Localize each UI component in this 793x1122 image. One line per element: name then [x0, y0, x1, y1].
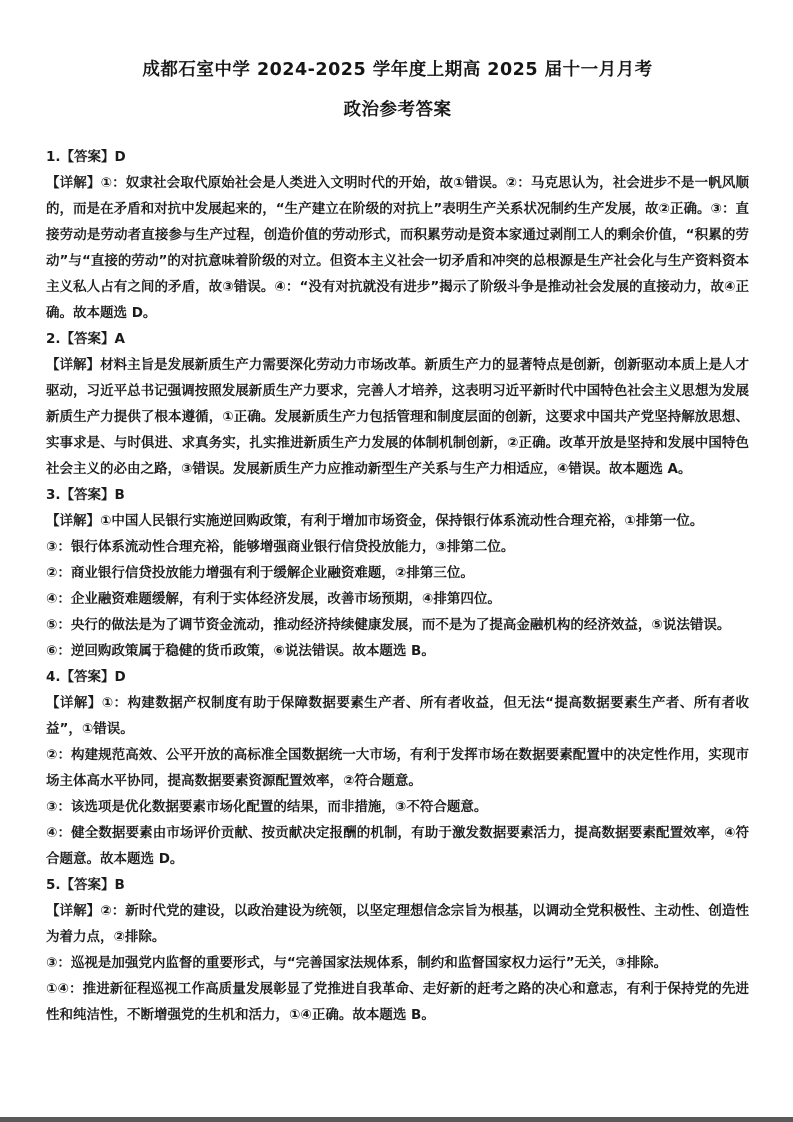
- explanation-paragraph: ⑥：逆回购政策属于稳健的货币政策，⑥说法错误。故本题选 B。: [46, 638, 749, 664]
- explanation-paragraph: ②：商业银行信贷投放能力增强有利于缓解企业融资难题，②排第三位。: [46, 560, 749, 586]
- document-content: 成都石室中学 2024-2025 学年度上期高 2025 届十一月月考 政治参考…: [0, 0, 793, 1028]
- question-block-2: 2.【答案】A 【详解】材料主旨是发展新质生产力需要深化劳动力市场改革。新质生产…: [46, 326, 749, 482]
- explanation-paragraph: ②：构建规范高效、公平开放的高标准全国数据统一大市场，有利于发挥市场在数据要素配…: [46, 742, 749, 794]
- page-title: 成都石室中学 2024-2025 学年度上期高 2025 届十一月月考 政治参考…: [46, 50, 749, 130]
- title-line-2: 政治参考答案: [46, 90, 749, 130]
- question-block-4: 4.【答案】D 【详解】①：构建数据产权制度有助于保障数据要素生产者、所有者收益…: [46, 664, 749, 872]
- explanation-paragraph: ①④：推进新征程巡视工作高质量发展彰显了党推进自我革命、走好新的赶考之路的决心和…: [46, 976, 749, 1028]
- explanation-paragraph: 【详解】①：奴隶社会取代原始社会是人类进入文明时代的开始，故①错误。②：马克思认…: [46, 170, 749, 326]
- answer-line: 1.【答案】D: [46, 144, 749, 170]
- answer-line: 4.【答案】D: [46, 664, 749, 690]
- document-page: 成都石室中学 2024-2025 学年度上期高 2025 届十一月月考 政治参考…: [0, 0, 793, 1122]
- question-block-1: 1.【答案】D 【详解】①：奴隶社会取代原始社会是人类进入文明时代的开始，故①错…: [46, 144, 749, 326]
- explanation-paragraph: 【详解】①：构建数据产权制度有助于保障数据要素生产者、所有者收益，但无法“提高数…: [46, 690, 749, 742]
- answer-line: 5.【答案】B: [46, 872, 749, 898]
- explanation-paragraph: ④：健全数据要素由市场评价贡献、按贡献决定报酬的机制，有助于激发数据要素活力，提…: [46, 820, 749, 872]
- explanation-paragraph: ④：企业融资难题缓解，有利于实体经济发展，改善市场预期，④排第四位。: [46, 586, 749, 612]
- explanation-paragraph: ③：银行体系流动性合理充裕，能够增强商业银行信贷投放能力，③排第二位。: [46, 534, 749, 560]
- explanation-paragraph: ③：该选项是优化数据要素市场化配置的结果，而非措施，③不符合题意。: [46, 794, 749, 820]
- question-block-3: 3.【答案】B 【详解】①中国人民银行实施逆回购政策，有利于增加市场资金，保持银…: [46, 482, 749, 664]
- answer-line: 2.【答案】A: [46, 326, 749, 352]
- answer-line: 3.【答案】B: [46, 482, 749, 508]
- title-line-1: 成都石室中学 2024-2025 学年度上期高 2025 届十一月月考: [46, 50, 749, 90]
- explanation-paragraph: 【详解】①中国人民银行实施逆回购政策，有利于增加市场资金，保持银行体系流动性合理…: [46, 508, 749, 534]
- page-edge-divider: [0, 1117, 793, 1122]
- question-block-5: 5.【答案】B 【详解】②：新时代党的建设，以政治建设为统领，以坚定理想信念宗旨…: [46, 872, 749, 1028]
- explanation-paragraph: ⑤：央行的做法是为了调节资金流动，推动经济持续健康发展，而不是为了提高金融机构的…: [46, 612, 749, 638]
- explanation-paragraph: ③：巡视是加强党内监督的重要形式，与“完善国家法规体系，制约和监督国家权力运行”…: [46, 950, 749, 976]
- explanation-paragraph: 【详解】材料主旨是发展新质生产力需要深化劳动力市场改革。新质生产力的显著特点是创…: [46, 352, 749, 482]
- explanation-paragraph: 【详解】②：新时代党的建设，以政治建设为统领，以坚定理想信念宗旨为根基，以调动全…: [46, 898, 749, 950]
